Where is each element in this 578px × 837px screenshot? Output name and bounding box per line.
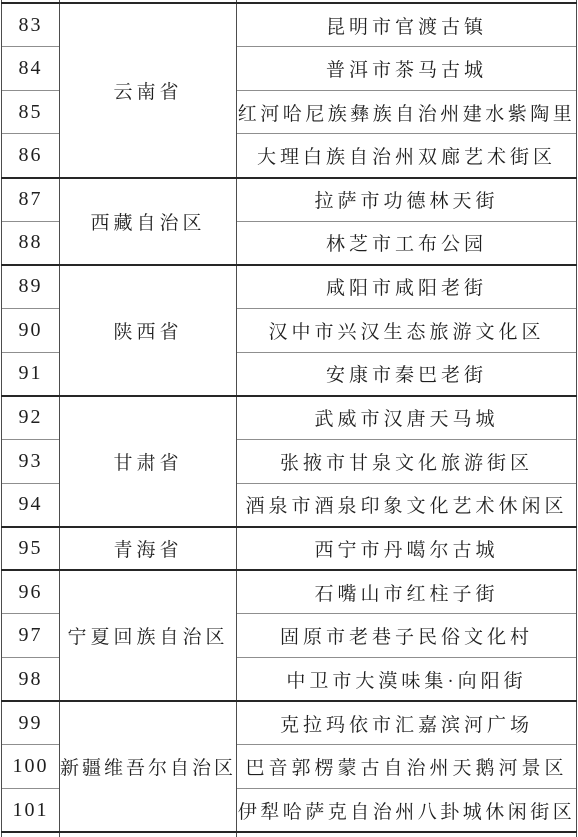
street-name-cell: 巴音郭楞蒙古自治州天鹅河景区 <box>237 745 577 789</box>
row-number-cell: 88 <box>2 221 60 265</box>
street-name-cell: 普洱市茶马古城 <box>237 47 577 91</box>
province-cell: 新疆维吾尔自治区 <box>60 701 237 832</box>
row-number-cell: 83 <box>2 3 60 47</box>
street-name-cell: 红河哈尼族彝族自治州建水紫陶里 <box>237 90 577 134</box>
partial-street-cell <box>237 832 577 837</box>
row-number-cell: 98 <box>2 658 60 702</box>
table-row: 89陕西省咸阳市咸阳老街 <box>2 265 577 309</box>
row-number-cell: 87 <box>2 178 60 222</box>
street-name-cell: 中卫市大漠味集·向阳街 <box>237 658 577 702</box>
province-cell: 西藏自治区 <box>60 178 237 265</box>
table-row: 92甘肃省武威市汉唐天马城 <box>2 396 577 440</box>
leisure-streets-table: 83云南省昆明市官渡古镇84普洱市茶马古城85红河哈尼族彝族自治州建水紫陶里86… <box>1 0 577 837</box>
street-name-cell: 咸阳市咸阳老街 <box>237 265 577 309</box>
row-number-cell: 84 <box>2 47 60 91</box>
street-name-cell: 石嘴山市红柱子街 <box>237 570 577 614</box>
table-row: 83云南省昆明市官渡古镇 <box>2 3 577 47</box>
row-number-cell: 92 <box>2 396 60 440</box>
table-row: 87西藏自治区拉萨市功德林天街 <box>2 178 577 222</box>
street-name-cell: 武威市汉唐天马城 <box>237 396 577 440</box>
row-number-cell: 90 <box>2 308 60 352</box>
street-name-cell: 昆明市官渡古镇 <box>237 3 577 47</box>
row-number-cell: 89 <box>2 265 60 309</box>
province-cell: 青海省 <box>60 527 237 571</box>
street-name-cell: 伊犁哈萨克自治州八卦城休闲街区 <box>237 789 577 833</box>
partial-row-bottom <box>2 832 577 837</box>
row-number-cell: 100 <box>2 745 60 789</box>
row-number-cell: 101 <box>2 789 60 833</box>
table-body: 83云南省昆明市官渡古镇84普洱市茶马古城85红河哈尼族彝族自治州建水紫陶里86… <box>2 0 577 837</box>
street-name-cell: 固原市老巷子民俗文化村 <box>237 614 577 658</box>
row-number-cell: 95 <box>2 527 60 571</box>
row-number-cell: 91 <box>2 352 60 396</box>
street-name-cell: 拉萨市功德林天街 <box>237 178 577 222</box>
street-name-cell: 安康市秦巴老街 <box>237 352 577 396</box>
table-row: 95青海省西宁市丹噶尔古城 <box>2 527 577 571</box>
row-number-cell: 99 <box>2 701 60 745</box>
row-number-cell: 85 <box>2 90 60 134</box>
table-row: 96宁夏回族自治区石嘴山市红柱子街 <box>2 570 577 614</box>
row-number-cell: 97 <box>2 614 60 658</box>
street-name-cell: 林芝市工布公园 <box>237 221 577 265</box>
province-cell: 云南省 <box>60 3 237 178</box>
street-name-cell: 汉中市兴汉生态旅游文化区 <box>237 308 577 352</box>
partial-number-cell <box>2 832 60 837</box>
street-name-cell: 大理白族自治州双廊艺术街区 <box>237 134 577 178</box>
row-number-cell: 96 <box>2 570 60 614</box>
table-row: 99新疆维吾尔自治区克拉玛依市汇嘉滨河广场 <box>2 701 577 745</box>
row-number-cell: 86 <box>2 134 60 178</box>
street-name-cell: 西宁市丹噶尔古城 <box>237 527 577 571</box>
province-cell: 陕西省 <box>60 265 237 396</box>
document-page: 83云南省昆明市官渡古镇84普洱市茶马古城85红河哈尼族彝族自治州建水紫陶里86… <box>0 0 578 837</box>
row-number-cell: 93 <box>2 439 60 483</box>
row-number-cell: 94 <box>2 483 60 527</box>
province-cell: 甘肃省 <box>60 396 237 527</box>
street-name-cell: 张掖市甘泉文化旅游街区 <box>237 439 577 483</box>
province-cell: 宁夏回族自治区 <box>60 570 237 701</box>
street-name-cell: 克拉玛依市汇嘉滨河广场 <box>237 701 577 745</box>
partial-province-cell <box>60 832 237 837</box>
street-name-cell: 酒泉市酒泉印象文化艺术休闲区 <box>237 483 577 527</box>
